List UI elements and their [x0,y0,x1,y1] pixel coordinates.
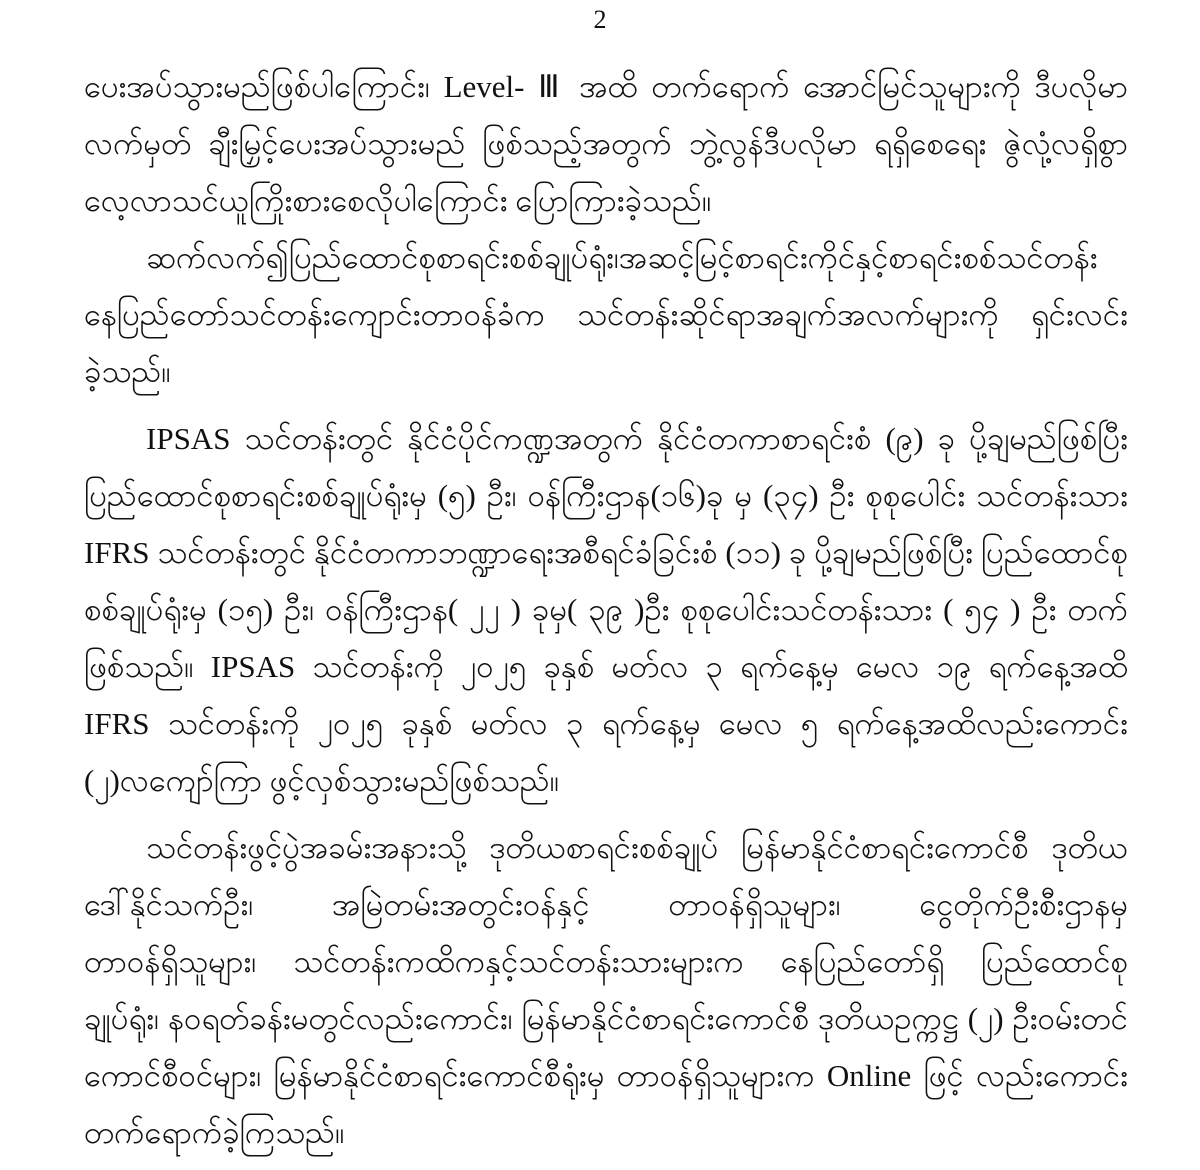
text-line: ကောင်စီဝင်များ၊ မြန်မာနိုင်ငံစာရင်းကောင်… [84,1047,1128,1104]
text-line: IFRS သင်တန်းကို ၂၀၂၅ ခုနှစ် မတ်လ ၃ ရက်နေ… [84,695,1128,752]
text-line: နေပြည်တော်သင်တန်းကျောင်းတာဝန်ခံက သင်တန်း… [84,286,1128,343]
text-line: ခဲ့သည်။ [84,343,1128,400]
text-line: လေ့လာသင်ယူကြိုးစားစေလိုပါကြောင်း ပြောကြာ… [84,172,1128,229]
text-line: ပြည်ထောင်စုစာရင်းစစ်ချုပ်ရုံးမှ (၅) ဦး၊ … [84,467,1128,524]
page-number: 2 [0,2,1200,38]
text-line: တက်ရောက်ခဲ့ကြသည်။ [84,1104,1128,1161]
text-line: ဒေါ်နိုင်သက်ဦး၊ အမြဲတမ်းအတွင်းဝန်နှင့် တ… [84,876,1128,933]
paragraph: ပေးအပ်သွားမည်ဖြစ်ပါကြောင်း၊ Level- Ⅲ အထိ… [84,58,1128,229]
text-line: ချုပ်ရုံး၊ နဝရတ်ခန်းမတွင်လည်းကောင်း၊ မြန… [84,990,1128,1047]
paragraph: IPSAS သင်တန်းတွင် နိုင်ငံပိုင်ကဏ္ဍအတွက် … [84,410,1128,809]
text-line: စစ်ချုပ်ရုံးမှ (၁၅) ဦး၊ ဝန်ကြီးဌာန( ၂၂ )… [84,581,1128,638]
text-line: (၂)လကျော်ကြာ ဖွင့်လှစ်သွားမည်ဖြစ်သည်။ [84,752,1128,809]
document-page: 2 ပေးအပ်သွားမည်ဖြစ်ပါကြောင်း၊ Level- Ⅲ အ… [0,0,1200,1170]
paragraph: ဆက်လက်၍ပြည်ထောင်စုစာရင်းစစ်ချုပ်ရုံး၊အဆင… [84,229,1128,400]
text-line: ပေးအပ်သွားမည်ဖြစ်ပါကြောင်း၊ Level- Ⅲ အထိ… [84,58,1128,115]
text-line: လက်မှတ် ချီးမြှင့်ပေးအပ်သွားမည် ဖြစ်သည့်… [84,115,1128,172]
text-line: ဖြစ်သည်။ IPSAS သင်တန်းကို ၂၀၂၅ ခုနှစ် မတ… [84,638,1128,695]
text-line: IFRS သင်တန်းတွင် နိုင်ငံတကာဘဏ္ဍာရေးအစီရင… [84,524,1128,581]
text-line: IPSAS သင်တန်းတွင် နိုင်ငံပိုင်ကဏ္ဍအတွက် … [84,410,1128,467]
document-body: ပေးအပ်သွားမည်ဖြစ်ပါကြောင်း၊ Level- Ⅲ အထိ… [84,58,1128,1161]
paragraph: သင်တန်းဖွင့်ပွဲအခမ်းအနားသို့ ဒုတိယစာရင်း… [84,819,1128,1161]
text-line: သင်တန်းဖွင့်ပွဲအခမ်းအနားသို့ ဒုတိယစာရင်း… [84,819,1128,876]
text-line: ဆက်လက်၍ပြည်ထောင်စုစာရင်းစစ်ချုပ်ရုံး၊အဆင… [84,229,1128,286]
text-line: တာဝန်ရှိသူများ၊ သင်တန်းကထိကနှင့်သင်တန်းသ… [84,933,1128,990]
